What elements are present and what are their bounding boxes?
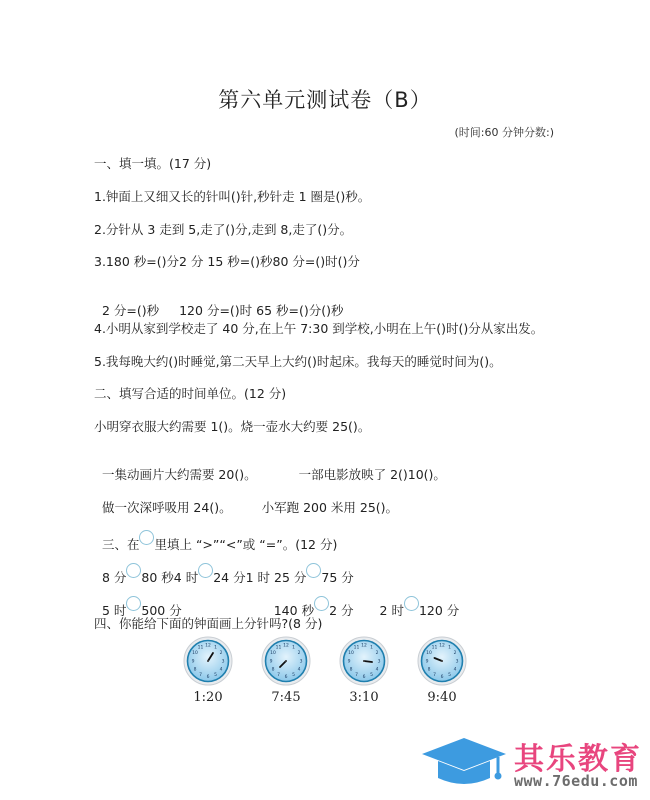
svg-text:3: 3 [222,659,225,665]
compare-blank-circle[interactable] [126,596,141,611]
svg-text:11: 11 [198,645,204,651]
compare-blank-circle[interactable] [314,596,329,611]
svg-text:2: 2 [298,650,301,656]
svg-text:1: 1 [448,645,451,651]
svg-text:3: 3 [300,659,303,665]
svg-text:3: 3 [456,659,459,665]
svg-text:9: 9 [192,659,195,665]
svg-text:11: 11 [354,645,360,651]
question-1: 1.钟面上又细又长的针叫()针,秒针走 1 圈是()秒。 [94,187,370,205]
svg-text:6: 6 [441,674,444,680]
svg-text:3: 3 [378,659,381,665]
svg-text:2: 2 [454,650,457,656]
svg-text:2: 2 [220,650,223,656]
svg-text:7: 7 [355,672,358,678]
svg-text:11: 11 [276,645,282,651]
graduation-cap-icon [418,734,510,792]
svg-text:10: 10 [426,650,432,656]
svg-text:6: 6 [363,674,366,680]
svg-text:12: 12 [283,643,289,649]
section-1-heading: 一、填一填。(17 分) [94,154,211,172]
svg-text:12: 12 [439,643,445,649]
question-3a: 3.180 秒=()分2 分 15 秒=()秒80 分=()时()分 [94,252,360,270]
compare-left: 2 时 [380,603,404,618]
compare-right: 120 分 [419,603,459,618]
page-title: 第六单元测试卷（B） [0,84,650,114]
section-4-heading: 四、你能给下面的钟面画上分针吗?(8 分) [94,614,322,632]
clock-item: 121234567891011 7:45 [256,636,316,705]
clock-icon[interactable]: 121234567891011 [261,636,311,686]
svg-text:8: 8 [194,667,197,673]
svg-text:6: 6 [285,674,288,680]
clock-icon[interactable]: 121234567891011 [339,636,389,686]
question-3b-part1: 2 分=()秒 [102,303,159,318]
compare-blank-circle[interactable] [404,596,419,611]
compare-blank-circle[interactable] [198,563,213,578]
svg-text:9: 9 [348,659,351,665]
svg-text:11: 11 [432,645,438,651]
clock-icon[interactable]: 121234567891011 [417,636,467,686]
svg-text:8: 8 [428,667,431,673]
svg-text:5: 5 [448,672,451,678]
section-2-row-2: 一集动画片大约需要 20()。一部电影放映了 2()10()。 [94,450,446,483]
svg-text:10: 10 [192,650,198,656]
question-3b: 2 分=()秒120 分=()时 65 秒=()分()秒 [94,286,344,319]
clock-label: 3:10 [334,690,394,705]
svg-text:5: 5 [370,672,373,678]
section-2-row-2b: 一部电影放映了 2()10()。 [299,467,446,482]
section-2-row-1: 小明穿衣服大约需要 1()。烧一壶水大约要 25()。 [94,417,370,435]
svg-text:9: 9 [426,659,429,665]
svg-text:10: 10 [348,650,354,656]
compare-blank-circle[interactable] [126,563,141,578]
svg-text:7: 7 [277,672,280,678]
question-4: 4.小明从家到学校走了 40 分,在上午 7:30 到学校,小明在上午()时()… [94,319,543,337]
compare-circle-icon [139,530,154,545]
section-2-row-3a: 做一次深呼吸用 24()。 [102,500,232,515]
svg-text:6: 6 [207,674,210,680]
svg-text:8: 8 [272,667,275,673]
svg-text:10: 10 [270,650,276,656]
question-2: 2.分针从 3 走到 5,走了()分,走到 8,走了()分。 [94,220,352,238]
watermark-logo: 其乐教育 www.76edu.com [418,732,648,794]
svg-text:12: 12 [361,643,367,649]
clock-label: 1:20 [178,690,238,705]
section-2-row-3b: 小军跑 200 米用 25()。 [262,500,398,515]
section-2-heading: 二、填写合适的时间单位。(12 分) [94,384,286,402]
svg-text:9: 9 [270,659,273,665]
question-5: 5.我每晚大约()时睡觉,第二天早上大约()时起床。我每天的睡觉时间为()。 [94,352,502,370]
svg-text:7: 7 [199,672,202,678]
compare-right: 2 分 [329,603,353,618]
svg-text:1: 1 [214,645,217,651]
section-2-row-3: 做一次深呼吸用 24()。小军跑 200 米用 25()。 [94,483,398,516]
question-3b-part2: 120 分=()时 65 秒=()分()秒 [179,303,343,318]
clock-item: 121234567891011 3:10 [334,636,394,705]
clock-label: 7:45 [256,690,316,705]
svg-text:2: 2 [376,650,379,656]
svg-text:8: 8 [350,667,353,673]
svg-text:7: 7 [433,672,436,678]
svg-text:12: 12 [205,643,211,649]
svg-text:4: 4 [220,667,223,673]
svg-text:1: 1 [292,645,295,651]
svg-text:4: 4 [454,667,457,673]
svg-text:5: 5 [214,672,217,678]
svg-text:1: 1 [370,645,373,651]
clock-row: 121234567891011 1:20 121234567891011 7:4… [178,636,478,708]
section-2-row-2a: 一集动画片大约需要 20()。 [102,467,257,482]
exam-meta: (时间:60 分钟分数:) [455,124,555,140]
svg-text:4: 4 [298,667,301,673]
clock-item: 121234567891011 9:40 [412,636,472,705]
clock-item: 121234567891011 1:20 [178,636,238,705]
svg-text:4: 4 [376,667,379,673]
compare-blank-circle[interactable] [306,563,321,578]
clock-label: 9:40 [412,690,472,705]
svg-text:5: 5 [292,672,295,678]
clock-icon[interactable]: 121234567891011 [183,636,233,686]
brand-url: www.76edu.com [514,772,638,790]
